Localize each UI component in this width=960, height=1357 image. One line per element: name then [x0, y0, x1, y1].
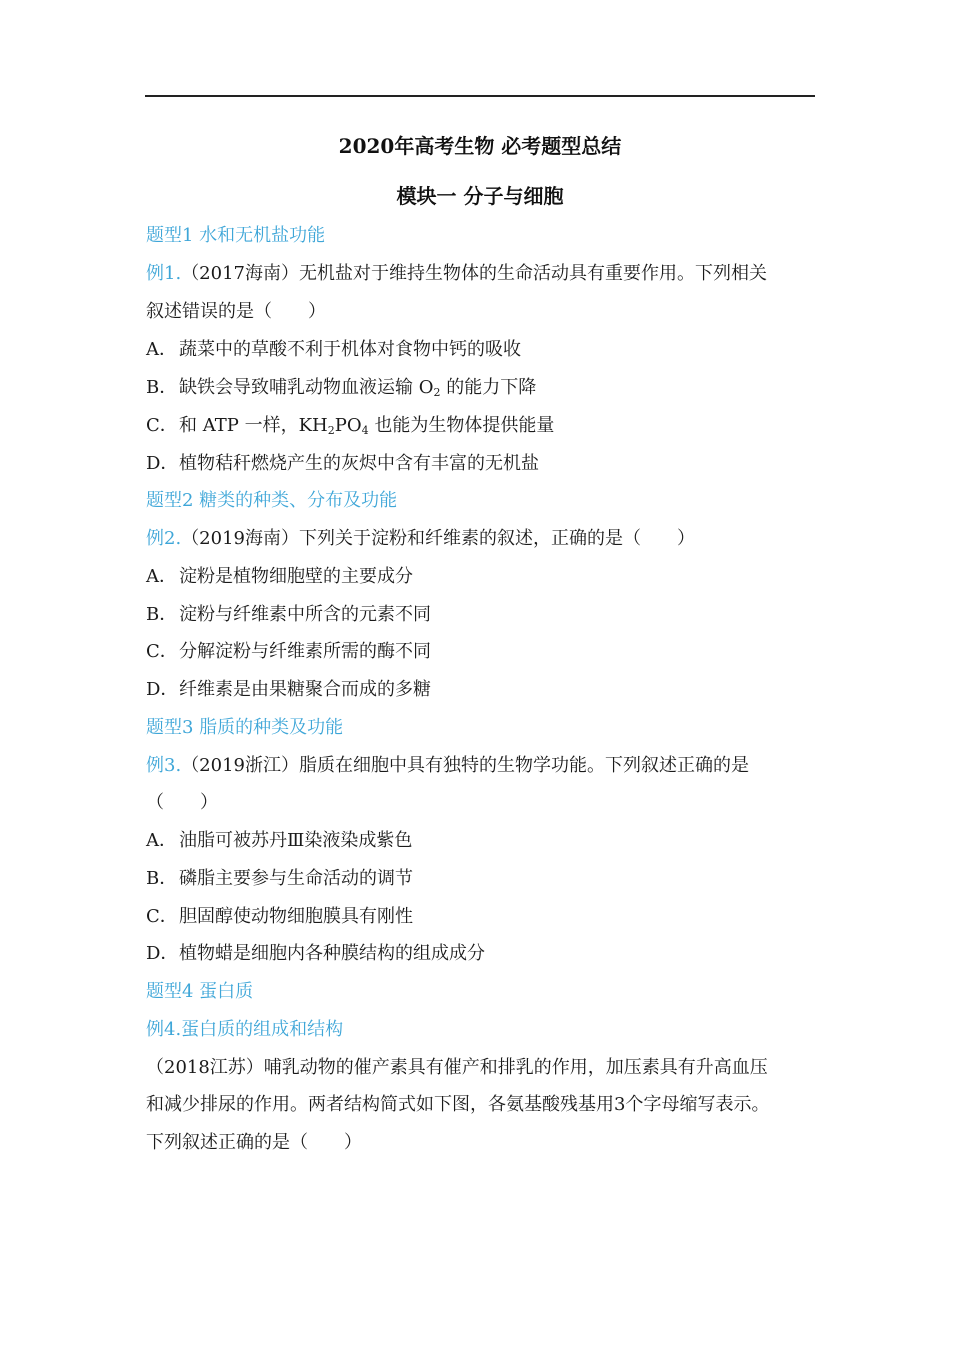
- example-3-stem: 例3.（2019浙江）脂质在细胞中具有独特的生物学功能。下列叙述正确的是: [146, 754, 749, 778]
- option-letter: C．: [146, 640, 179, 664]
- option-letter: A．: [146, 338, 179, 362]
- option-d: D．纤维素是由果糖聚合而成的多糖: [146, 678, 431, 702]
- option-letter: A．: [146, 565, 179, 589]
- option-letter: B．: [146, 376, 179, 400]
- option-text: 缺铁会导致哺乳动物血液运输 O: [179, 377, 433, 398]
- example-4-line-1: （2018江苏）哺乳动物的催产素具有催产和排乳的作用，加压素具有升高血压: [146, 1056, 768, 1080]
- section-heading-2: 题型2 糖类的种类、分布及功能: [146, 489, 397, 513]
- option-text: 油脂可被苏丹Ⅲ染液染成紫色: [179, 830, 412, 851]
- example-label: 例2.: [146, 528, 181, 549]
- option-text: 蔬菜中的草酸不利于机体对食物中钙的吸收: [179, 339, 521, 360]
- option-text: PO: [335, 415, 362, 436]
- option-c: C．和 ATP 一样，KH2PO4 也能为生物体提供能量: [146, 414, 554, 438]
- section-heading-3: 题型3 脂质的种类及功能: [146, 716, 343, 740]
- subscript: 2: [328, 424, 335, 437]
- example-3-stem-cont: （ ）: [146, 791, 218, 815]
- example-source: （2019海南）: [181, 528, 299, 549]
- option-letter: A．: [146, 829, 179, 853]
- header-rule: [145, 95, 815, 97]
- option-letter: D．: [146, 942, 179, 966]
- example-1-stem-cont: 叙述错误的是（ ）: [146, 300, 326, 324]
- option-text: 和 ATP 一样，KH: [179, 415, 328, 436]
- subscript: 4: [362, 424, 369, 437]
- module-title: 模块一 分子与细胞: [0, 180, 960, 209]
- option-d: D．植物秸秆燃烧产生的灰烬中含有丰富的无机盐: [146, 452, 539, 476]
- example-stem: 无机盐对于维持生物体的生命活动具有重要作用。下列相关: [299, 263, 767, 284]
- option-letter: C．: [146, 905, 179, 929]
- option-a: A．淀粉是植物细胞壁的主要成分: [146, 565, 413, 589]
- example-2-stem: 例2.（2019海南）下列关于淀粉和纤维素的叙述，正确的是（ ）: [146, 527, 695, 551]
- example-stem: 脂质在细胞中具有独特的生物学功能。下列叙述正确的是: [299, 755, 749, 776]
- option-letter: D．: [146, 678, 179, 702]
- option-text: 纤维素是由果糖聚合而成的多糖: [179, 679, 431, 700]
- option-letter: C．: [146, 414, 179, 438]
- option-c: C．分解淀粉与纤维素所需的酶不同: [146, 640, 431, 664]
- section-heading-4: 题型4 蛋白质: [146, 980, 253, 1004]
- option-d: D．植物蜡是细胞内各种膜结构的组成成分: [146, 942, 485, 966]
- option-letter: B．: [146, 867, 179, 891]
- document-title: 2020年高考生物 必考题型总结: [0, 130, 960, 159]
- example-4-label: 例4.蛋白质的组成和结构: [146, 1018, 343, 1042]
- option-a: A．油脂可被苏丹Ⅲ染液染成紫色: [146, 829, 412, 853]
- option-text: 也能为生物体提供能量: [369, 415, 555, 436]
- option-text: 的能力下降: [440, 377, 536, 398]
- example-4-line-3: 下列叙述正确的是（ ）: [146, 1131, 362, 1155]
- example-source: （2017海南）: [181, 263, 299, 284]
- option-letter: D．: [146, 452, 179, 476]
- option-a: A．蔬菜中的草酸不利于机体对食物中钙的吸收: [146, 338, 521, 362]
- option-text: 植物蜡是细胞内各种膜结构的组成成分: [179, 943, 485, 964]
- example-4-line-2: 和减少排尿的作用。两者结构简式如下图，各氨基酸残基用3个字母缩写表示。: [146, 1093, 769, 1117]
- option-b: B．缺铁会导致哺乳动物血液运输 O2 的能力下降: [146, 376, 536, 400]
- example-stem: 下列关于淀粉和纤维素的叙述，正确的是（ ）: [299, 528, 695, 549]
- example-source: （2019浙江）: [181, 755, 299, 776]
- option-text: 磷脂主要参与生命活动的调节: [179, 868, 413, 889]
- example-1-stem: 例1.（2017海南）无机盐对于维持生物体的生命活动具有重要作用。下列相关: [146, 262, 767, 286]
- option-letter: B．: [146, 603, 179, 627]
- option-b: B．磷脂主要参与生命活动的调节: [146, 867, 413, 891]
- option-text: 植物秸秆燃烧产生的灰烬中含有丰富的无机盐: [179, 453, 539, 474]
- option-b: B．淀粉与纤维素中所含的元素不同: [146, 603, 431, 627]
- option-text: 淀粉是植物细胞壁的主要成分: [179, 566, 413, 587]
- option-c: C．胆固醇使动物细胞膜具有刚性: [146, 905, 413, 929]
- example-label: 例3.: [146, 755, 181, 776]
- section-heading-1: 题型1 水和无机盐功能: [146, 224, 325, 248]
- option-text: 胆固醇使动物细胞膜具有刚性: [179, 906, 413, 927]
- option-text: 淀粉与纤维素中所含的元素不同: [179, 604, 431, 625]
- example-label: 例1.: [146, 263, 181, 284]
- option-text: 分解淀粉与纤维素所需的酶不同: [179, 641, 431, 662]
